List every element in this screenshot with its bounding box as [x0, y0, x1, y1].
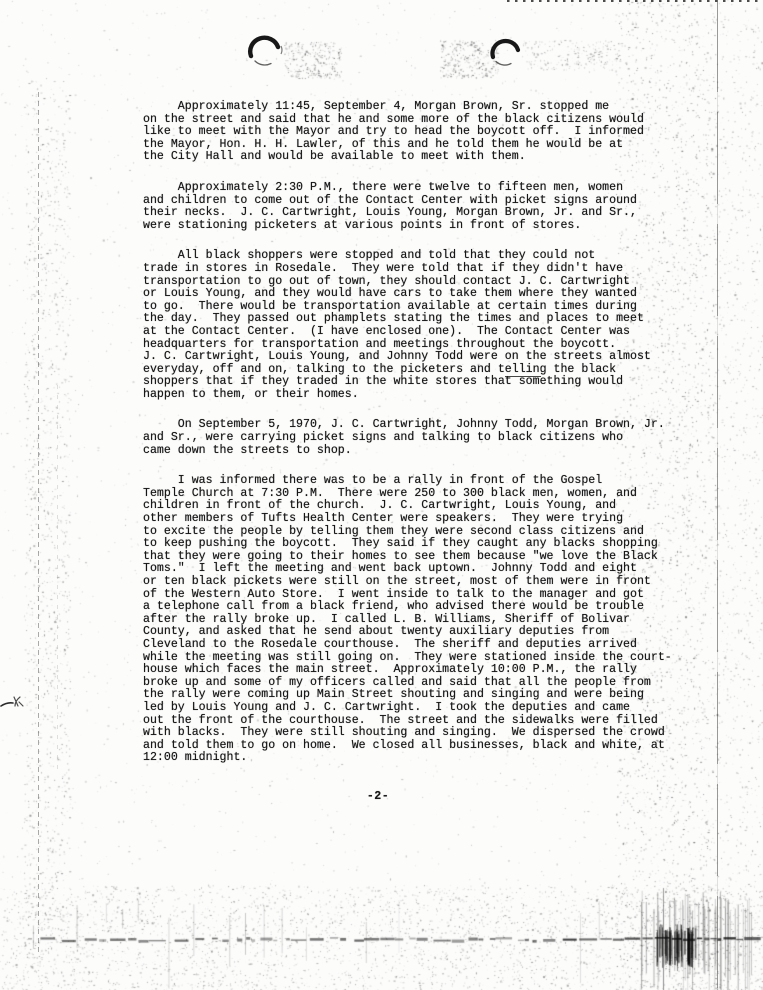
- hole-punch-right-icon: [486, 31, 528, 71]
- hole-punch-left-icon: [243, 29, 289, 71]
- page-number: -2-: [143, 791, 613, 804]
- document-page: Approximately 11:45, September 4, Morgan…: [0, 0, 763, 990]
- fold-crease-line: [38, 92, 39, 954]
- paragraph-1: Approximately 11:45, September 4, Morgan…: [143, 101, 688, 164]
- fold-crease-line-faint: [57, 385, 58, 775]
- paragraph-2: Approximately 2:30 P.M., there were twel…: [143, 182, 688, 232]
- page-edge-line: [717, 0, 718, 990]
- paragraph-5: I was informed there was to be a rally i…: [143, 475, 688, 765]
- paragraph-4: On September 5, 1970, J. C. Cartwright, …: [143, 419, 688, 457]
- perforation-dots: [507, 0, 763, 2]
- typewritten-report-body: Approximately 11:45, September 4, Morgan…: [143, 101, 688, 804]
- margin-scribble-mark: [0, 692, 30, 716]
- paragraph-3: All black shoppers were stopped and told…: [143, 250, 688, 401]
